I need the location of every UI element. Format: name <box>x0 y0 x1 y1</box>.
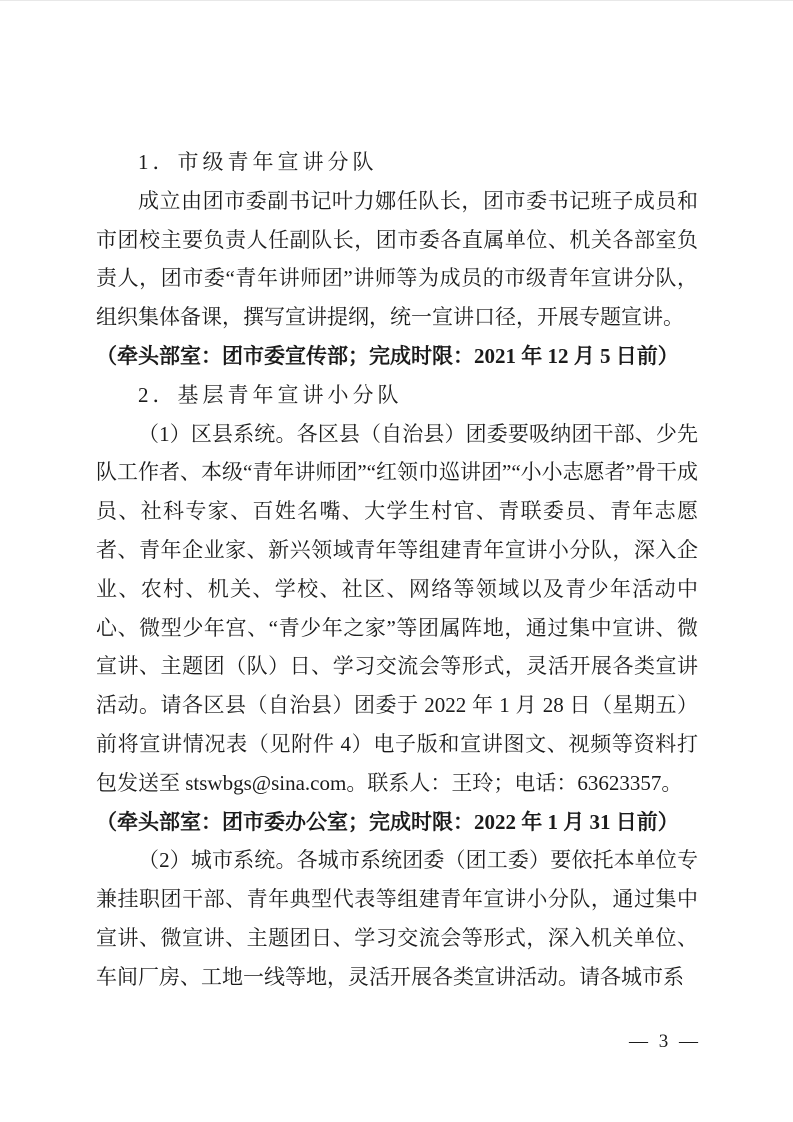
page-number: — 3 — <box>629 1031 701 1053</box>
heading-city-level-propaganda-team: 1．市级青年宣讲分队 <box>96 143 698 182</box>
para-city-level-team-details: 成立由团市委副书记叶力娜任队长，团市委书记班子成员和市团校主要负责人任副队长，团… <box>96 182 698 337</box>
para-city-system: （2）城市系统。各城市系统团委（团工委）要依托本单位专兼挂职团干部、青年典型代表… <box>96 841 698 996</box>
annotation-lead-dept-office: （牵头部室：团市委办公室；完成时限：2022 年 1 月 31 日前） <box>96 803 698 842</box>
document-body: 1．市级青年宣讲分队 成立由团市委副书记叶力娜任队长，团市委书记班子成员和市团校… <box>96 143 698 997</box>
document-page: 1．市级青年宣讲分队 成立由团市委副书记叶力娜任队长，团市委书记班子成员和市团校… <box>0 0 793 1122</box>
para-district-county-system: （1）区县系统。各区县（自治县）团委要吸纳团干部、少先队工作者、本级“青年讲师团… <box>96 415 698 803</box>
heading-grassroots-propaganda-teams: 2．基层青年宣讲小分队 <box>96 376 698 415</box>
annotation-lead-dept-propaganda: （牵头部室：团市委宣传部；完成时限：2021 年 12 月 5 日前） <box>96 337 698 376</box>
